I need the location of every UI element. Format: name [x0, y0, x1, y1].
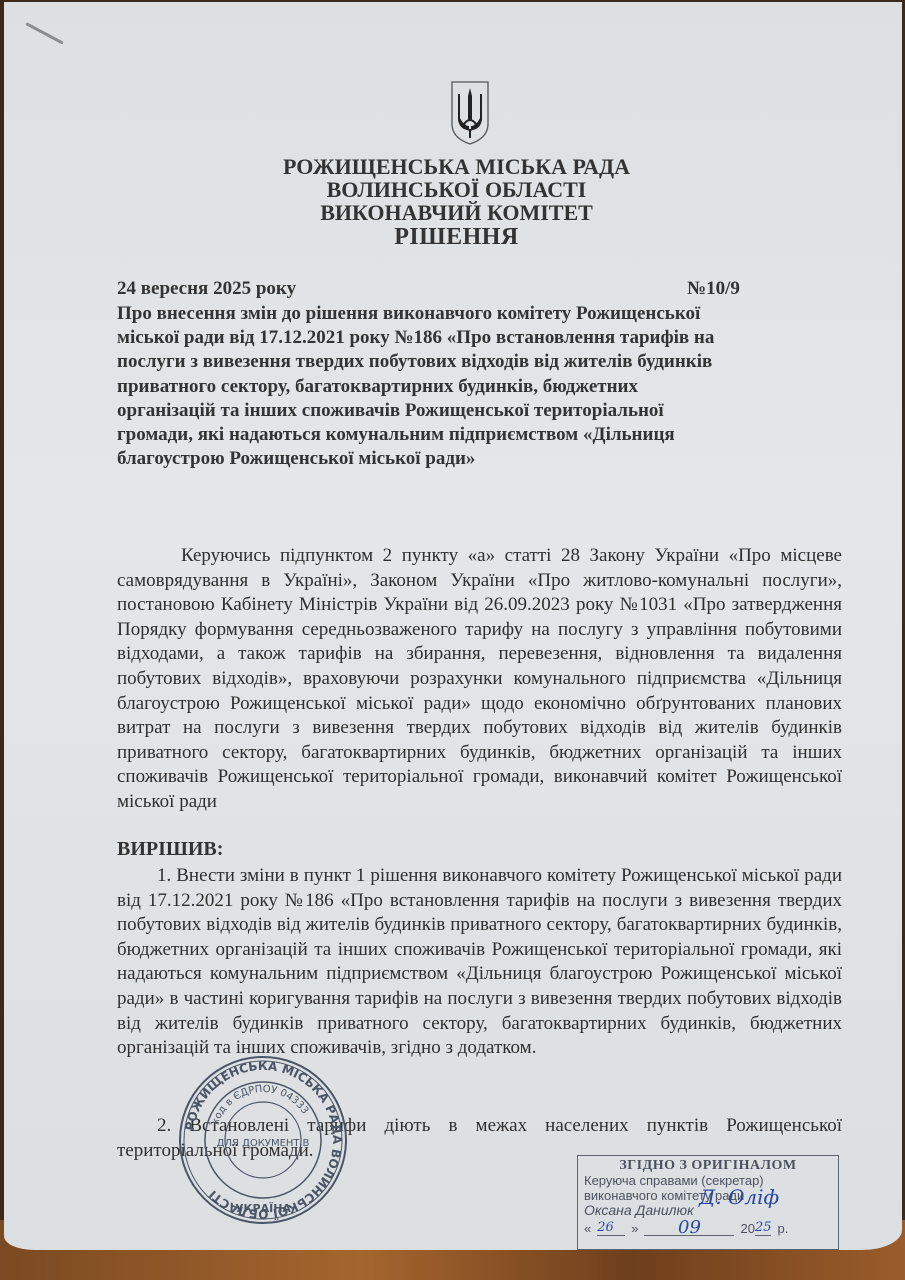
stamp-year: 25 — [755, 1220, 772, 1236]
decision-number: №10/9 — [687, 278, 740, 300]
committee-name: ВИКОНАВЧИЙ КОМІТЕТ — [4, 200, 905, 226]
stamp-day: 26 — [597, 1220, 625, 1236]
document-page: РОЖИЩЕНСЬКА МІСЬКА РАДА ВОЛИНСЬКОЇ ОБЛАС… — [4, 2, 902, 1250]
resolved-heading: ВИРІШИВ: — [117, 838, 223, 861]
decision-date: 24 вересня 2025 року — [117, 278, 296, 300]
staple-mark — [25, 22, 63, 44]
stamp-title: ЗГІДНО З ОРИГІНАЛОМ — [584, 1158, 832, 1173]
preamble-paragraph: Керуючись підпунктом 2 пункту «а» статті… — [117, 544, 842, 815]
resolution-item-1: 1. Внести зміни в пункт 1 рішення викона… — [117, 864, 842, 1061]
handwritten-signature: Д. Оліф — [699, 1185, 779, 1209]
document-type: РІШЕННЯ — [4, 224, 905, 251]
coat-of-arms-icon — [450, 80, 490, 146]
official-seal-icon: РОЖИЩЕНСЬКА МІСЬКА РАДА ВОЛИНСЬКОЇ ОБЛАС… — [177, 1054, 349, 1226]
seal-country: УКРАЇНА — [235, 1201, 291, 1215]
stamp-month: 09 — [644, 1220, 734, 1236]
stamp-date-line: « 26 » 09 2025 р. — [584, 1220, 832, 1236]
seal-inner-text: ДЛЯ ДОКУМЕНТІВ — [217, 1138, 310, 1149]
decision-subject: Про внесення змін до рішення виконавчого… — [117, 302, 737, 471]
